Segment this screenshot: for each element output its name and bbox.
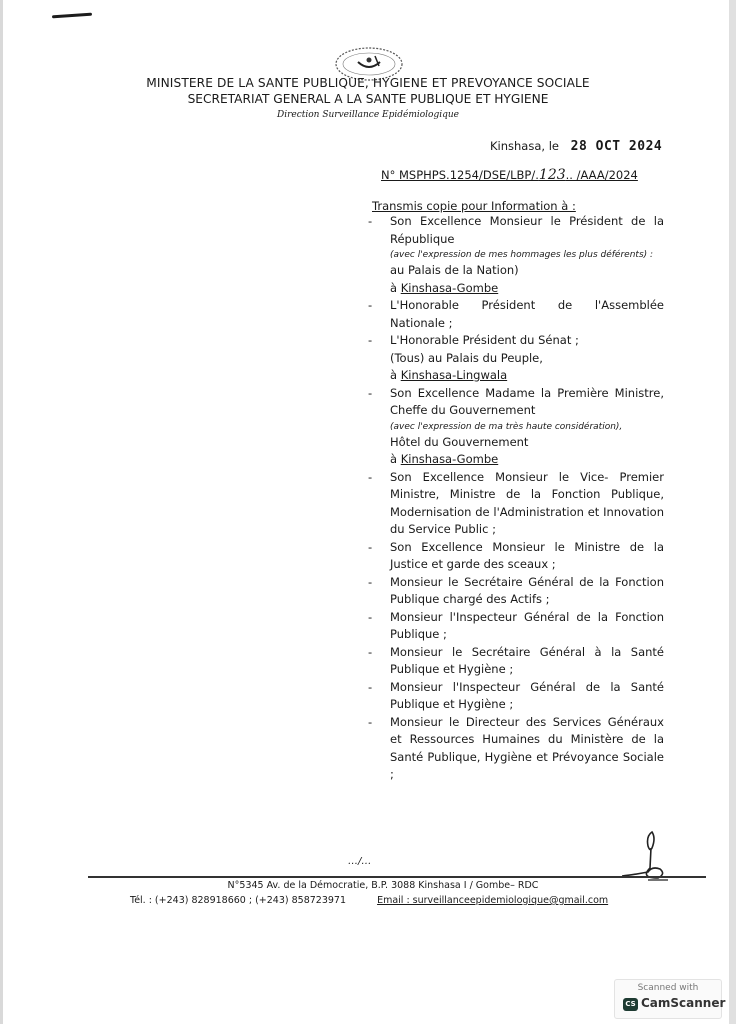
reference-number: N° MSPHPS.1254/DSE/LBP/.123.. /AAA/2024	[381, 167, 638, 183]
badge-caption: Scanned with	[615, 983, 721, 993]
camscanner-logo-icon: CS	[623, 998, 638, 1011]
recipient-location: à Kinshasa-Lingwala	[390, 367, 664, 385]
recipient-item: -Monsieur le Secrétaire Général à la San…	[368, 644, 664, 679]
recipient-item: -Son Excellence Monsieur le Vice- Premie…	[368, 469, 664, 539]
footer-phone: Tél. : (+243) 828918660 ; (+243) 8587239…	[130, 895, 346, 906]
page-edge-right	[729, 0, 736, 1024]
recipient-title: Monsieur le Secrétaire Général à la Sant…	[390, 644, 664, 679]
reference-prefix: N° MSPHPS.1254/DSE/LBP/.	[381, 168, 539, 182]
bullet-dash: -	[368, 609, 372, 627]
bullet-dash: -	[368, 297, 372, 315]
recipient-item: -L'Honorable Président de l'Assemblée Na…	[368, 297, 664, 332]
bullet-dash: -	[368, 644, 372, 662]
recipient-note: (avec l'expression de ma très haute cons…	[390, 420, 664, 434]
bullet-dash: -	[368, 539, 372, 557]
bullet-dash: -	[368, 332, 372, 350]
bullet-dash: -	[368, 213, 372, 231]
footer-email[interactable]: Email : surveillanceepidemiologique@gmai…	[377, 895, 608, 906]
bullet-dash: -	[368, 679, 372, 697]
recipient-title: Son Excellence Monsieur le Ministre de l…	[390, 539, 664, 574]
reference-handwritten-number: 123	[539, 167, 566, 183]
recipient-title: L'Honorable Président de l'Assemblée Nat…	[390, 297, 664, 332]
footer-divider	[88, 876, 706, 878]
ministry-name: MINISTERE DE LA SANTE PUBLIQUE, HYGIENE …	[0, 76, 736, 90]
bullet-dash: -	[368, 469, 372, 487]
recipient-address: (Tous) au Palais du Peuple,	[390, 350, 664, 368]
footer-contact: Tél. : (+243) 828918660 ; (+243) 8587239…	[130, 895, 608, 906]
page-edge-left	[0, 0, 3, 1024]
recipient-item: -Son Excellence Madame la Première Minis…	[368, 385, 664, 469]
place: Kinshasa, le	[490, 139, 559, 153]
recipient-title: Monsieur l'Inspecteur Général de la Sant…	[390, 679, 664, 714]
recipient-item: -Monsieur l'Inspecteur Général de la San…	[368, 679, 664, 714]
bullet-dash: -	[368, 385, 372, 403]
recipient-address: au Palais de la Nation)	[390, 262, 664, 280]
camscanner-badge: Scanned with CS CamScanner	[614, 979, 722, 1019]
secretariat-name: SECRETARIAT GENERAL A LA SANTE PUBLIQUE …	[0, 92, 736, 106]
direction-name: Direction Surveillance Epidémiologique	[0, 110, 736, 120]
date-stamp: 28 OCT 2024	[571, 139, 663, 154]
recipient-item: -Monsieur le Secrétaire Général de la Fo…	[368, 574, 664, 609]
recipient-item: -Son Excellence Monsieur le Président de…	[368, 213, 664, 297]
recipient-note: (avec l'expression de mes hommages les p…	[390, 248, 664, 262]
bullet-dash: -	[368, 574, 372, 592]
recipient-location: à Kinshasa-Gombe	[390, 451, 664, 469]
recipient-title: L'Honorable Président du Sénat ;	[390, 332, 664, 350]
recipient-item: -L'Honorable Président du Sénat ;(Tous) …	[368, 332, 664, 385]
badge-brand-name: CamScanner	[641, 996, 725, 1010]
pen-mark	[52, 13, 92, 19]
recipient-title: Son Excellence Madame la Première Minist…	[390, 385, 664, 420]
continuation-mark: …/…	[348, 856, 371, 867]
recipient-item: -Son Excellence Monsieur le Ministre de …	[368, 539, 664, 574]
transmis-title: Transmis copie pour Information à :	[372, 199, 576, 213]
recipient-title: Monsieur le Secrétaire Général de la Fon…	[390, 574, 664, 609]
recipient-title: Monsieur le Directeur des Services Génér…	[390, 714, 664, 784]
recipient-list: -Son Excellence Monsieur le Président de…	[368, 213, 664, 784]
footer-address: N°5345 Av. de la Démocratie, B.P. 3088 K…	[0, 880, 736, 891]
bullet-dash: -	[368, 714, 372, 732]
recipient-address: Hôtel du Gouvernement	[390, 434, 664, 452]
location-name: Kinshasa-Gombe	[401, 452, 499, 466]
location-name: Kinshasa-Lingwala	[401, 368, 507, 382]
recipient-item: -Monsieur l'Inspecteur Général de la Fon…	[368, 609, 664, 644]
location-prefix: à	[390, 368, 397, 382]
recipient-item: -Monsieur le Directeur des Services Géné…	[368, 714, 664, 784]
location-prefix: à	[390, 281, 397, 295]
place-date: Kinshasa, le 28 OCT 2024	[490, 139, 662, 154]
recipient-title: Son Excellence Monsieur le Vice- Premier…	[390, 469, 664, 539]
location-name: Kinshasa-Gombe	[401, 281, 499, 295]
reference-suffix: .. /AAA/2024	[566, 168, 638, 182]
recipient-title: Son Excellence Monsieur le Président de …	[390, 213, 664, 248]
recipient-location: à Kinshasa-Gombe	[390, 280, 664, 298]
recipient-title: Monsieur l'Inspecteur Général de la Fonc…	[390, 609, 664, 644]
location-prefix: à	[390, 452, 397, 466]
